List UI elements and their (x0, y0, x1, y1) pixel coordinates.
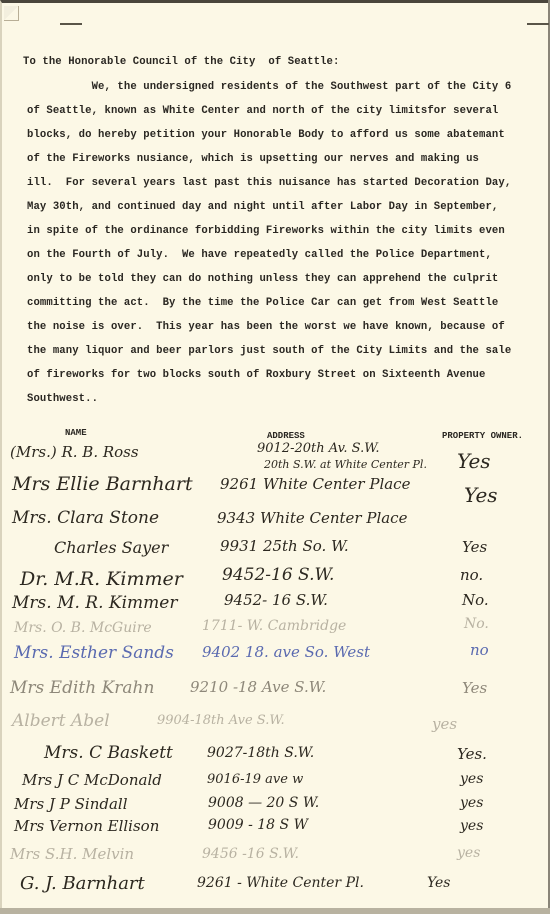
property-owner-value: Yes (427, 875, 451, 891)
property-owner-value: No. (462, 591, 489, 609)
property-owner-value: yes (432, 715, 457, 733)
property-owner-value: no. (460, 566, 483, 584)
signer-name: Mrs J P Sindall (14, 795, 128, 813)
property-owner-value: yes (460, 771, 483, 787)
property-owner-value: Yes. (457, 745, 487, 763)
petition-page: To the Honorable Council of the City of … (0, 0, 548, 908)
signer-address: 9456 -16 S.W. (202, 846, 299, 862)
body-line: Southwest.. (27, 393, 98, 405)
column-header-address: ADDRESS (267, 431, 305, 441)
signer-name: Mrs. O. B. McGuire (14, 620, 152, 636)
signer-address: 9012-20th Av. S.W. (257, 441, 379, 456)
body-line: only to be told they can do nothing unle… (27, 273, 498, 285)
signer-address: 9261 White Center Place (220, 475, 410, 493)
column-header-name: NAME (65, 428, 87, 438)
signer-address: 9904-18th Ave S.W. (157, 713, 285, 728)
signer-address: 9210 -18 Ave S.W. (190, 678, 326, 696)
body-line: ill. For several years last past this nu… (27, 177, 511, 189)
property-owner-value: Yes (464, 483, 498, 507)
signer-name: Mrs. Esther Sands (14, 643, 174, 663)
property-owner-value: yes (460, 795, 483, 811)
signer-name: Mrs Ellie Barnhart (12, 473, 193, 495)
signer-name: (Mrs.) R. B. Ross (10, 443, 139, 461)
page-corner-fold (4, 6, 19, 21)
body-line: We, the undersigned residents of the Sou… (27, 81, 511, 93)
signer-address: 9452- 16 S.W. (224, 591, 328, 609)
signer-address: 9261 - White Center Pl. (197, 875, 364, 891)
staple-mark (527, 23, 549, 25)
body-line: May 30th, and continued day and night un… (27, 201, 498, 213)
signer-address: 9343 White Center Place (217, 509, 407, 527)
signer-address: 1711- W. Cambridge (202, 618, 346, 634)
signer-address: 9402 18. ave So. West (202, 643, 370, 661)
signer-address: 9452-16 S.W. (222, 565, 334, 585)
property-owner-value: yes (457, 845, 480, 861)
signer-address: 9009 - 18 S W (208, 817, 308, 833)
signer-name: Mrs. Clara Stone (12, 508, 159, 528)
signer-name: Mrs Vernon Ellison (14, 817, 159, 835)
property-owner-value: No. (464, 616, 489, 632)
signer-name: Mrs Edith Krahn (10, 678, 154, 698)
signer-address: 9016-19 ave w (207, 772, 303, 787)
body-line: on the Fourth of July. We have repeatedl… (27, 249, 492, 261)
body-line: blocks, do hereby petition your Honorabl… (27, 129, 505, 141)
signer-name: Mrs. C Baskett (44, 743, 173, 763)
staple-mark (60, 23, 82, 25)
page-bottom-edge (0, 908, 550, 914)
signer-name: Dr. M.R. Kimmer (20, 568, 183, 590)
signer-name: Charles Sayer (54, 538, 168, 557)
signer-address-note: 20th S.W. at White Center Pl. (264, 458, 427, 471)
signer-name: G. J. Barnhart (20, 873, 145, 894)
body-line: the noise is over. This year has been th… (27, 321, 505, 333)
signer-name: Mrs J C McDonald (22, 771, 162, 789)
body-line: of Seattle, known as White Center and no… (27, 105, 498, 117)
signer-name: Albert Abel (12, 711, 110, 731)
property-owner-value: no (470, 641, 489, 659)
body-line: of fireworks for two blocks south of Rox… (27, 369, 485, 381)
property-owner-value: Yes (462, 679, 487, 697)
body-line: the many liquor and beer parlors just so… (27, 345, 511, 357)
signer-address: 9027-18th S.W. (207, 745, 314, 761)
signer-name: Mrs. M. R. Kimmer (12, 593, 177, 613)
property-owner-value: Yes (457, 449, 491, 473)
property-owner-value: Yes (462, 538, 487, 556)
column-header-owner: PROPERTY OWNER. (442, 431, 523, 441)
signer-address: 9008 — 20 S W. (208, 795, 319, 811)
body-line: committing the act. By the time the Poli… (27, 297, 498, 309)
signer-address: 9931 25th So. W. (220, 537, 349, 555)
property-owner-value: yes (460, 818, 483, 834)
body-line: of the Fireworks nusiance, which is upse… (27, 153, 479, 165)
body-line: in spite of the ordinance forbidding Fir… (27, 225, 505, 237)
salutation: To the Honorable Council of the City of … (23, 56, 339, 68)
signer-name: Mrs S.H. Melvin (10, 845, 134, 863)
